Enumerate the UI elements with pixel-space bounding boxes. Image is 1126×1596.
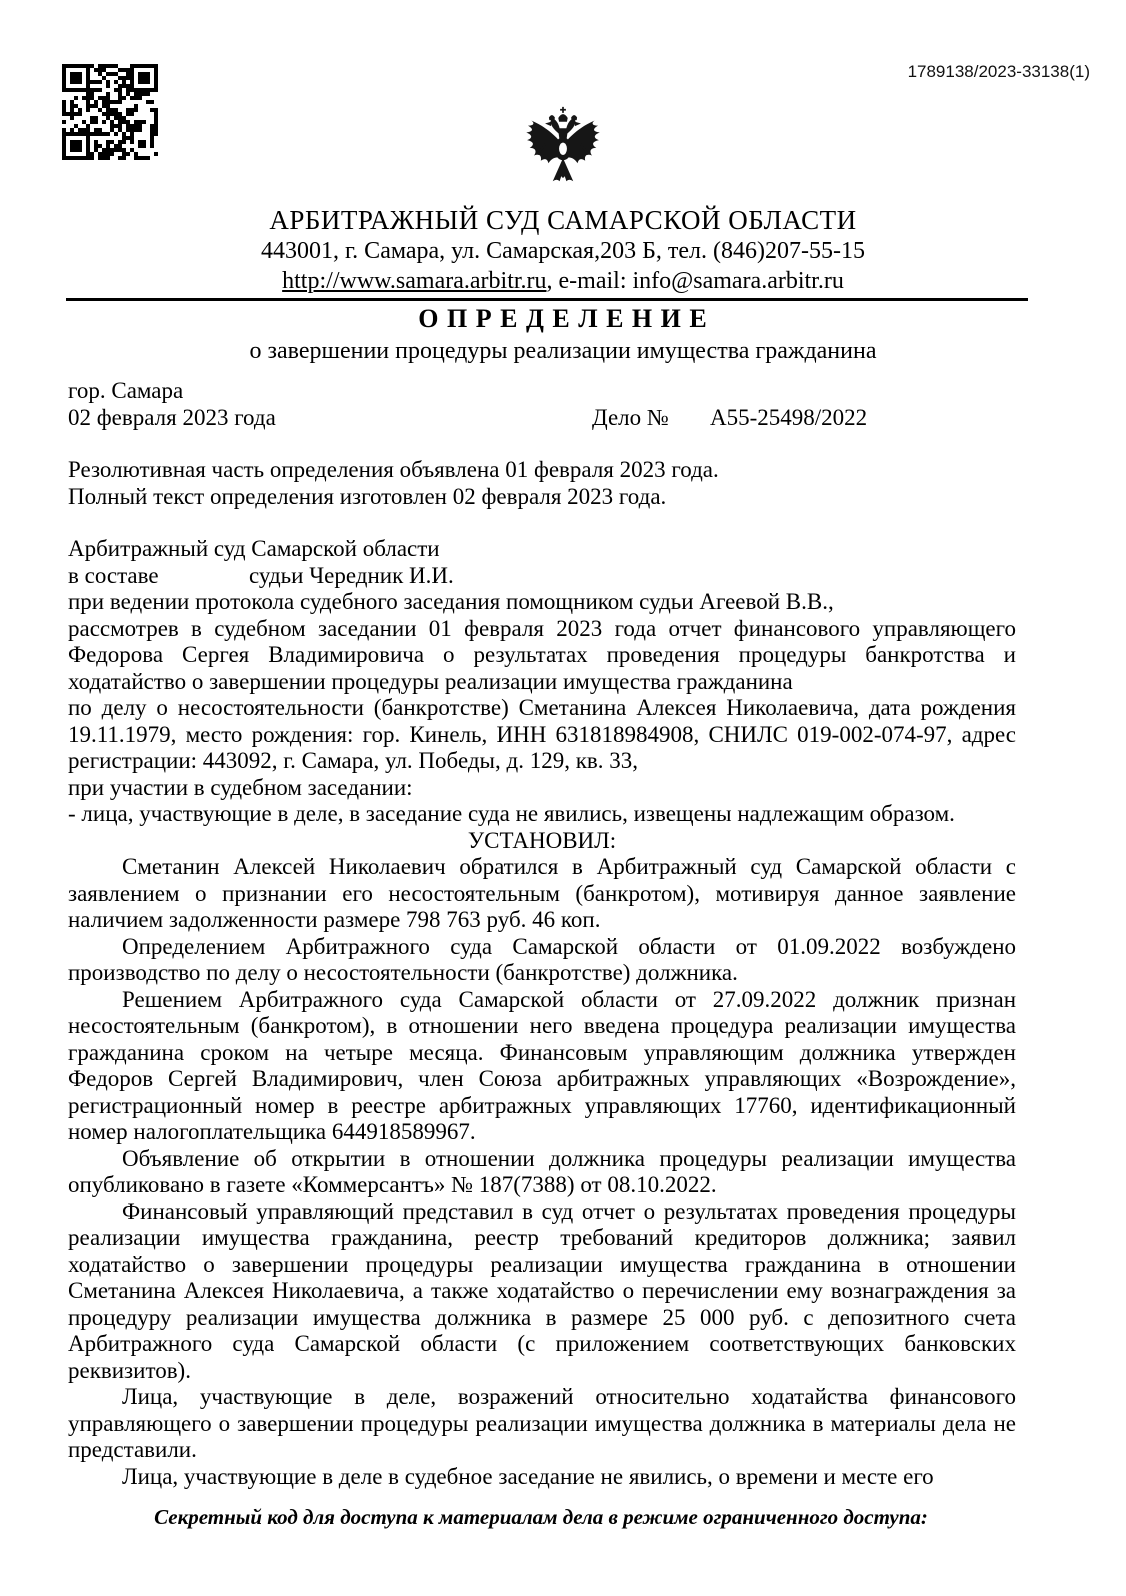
document-subtitle: о завершении процедуры реализации имущес… [0, 336, 1126, 366]
attendance-line: - лица, участвующие в деле, в заседание … [68, 801, 1016, 828]
document-body: гор. Самара 02 февраля 2023 года Дело № … [0, 378, 1126, 1490]
case-subject-paragraph: по делу о несостоятельности (банкротстве… [68, 695, 1016, 775]
composition-line: в составесудьи Чередник И.И. [68, 563, 1016, 590]
court-address: 443001, г. Самара, ул. Самарская,203 Б, … [0, 236, 1126, 266]
court-intro-line: Арбитражный суд Самарской области [68, 536, 1016, 563]
court-email: , e-mail: info@samara.arbitr.ru [547, 268, 844, 294]
body-paragraph: Определением Арбитражного суда Самарской… [68, 934, 1016, 987]
document-title: О П Р Е Д Е Л Е Н И Е [0, 302, 1126, 336]
spacer [68, 510, 1016, 536]
body-paragraph: Финансовый управляющий представил в суд … [68, 1199, 1016, 1385]
body-paragraph: Объявление об открытии в отношении должн… [68, 1146, 1016, 1199]
body-paragraph: Лица, участвующие в деле, возражений отн… [68, 1384, 1016, 1464]
court-url: http://www.samara.arbitr.ru [282, 268, 546, 294]
letterhead: АРБИТРАЖНЫЙ СУД САМАРСКОЙ ОБЛАСТИ 443001… [0, 0, 1126, 296]
considered-paragraph: рассмотрев в судебном заседании 01 февра… [68, 616, 1016, 696]
city-line: гор. Самара [68, 378, 1016, 405]
document-page: 1789138/2023-33138(1) АРБИТРАЖ [0, 0, 1126, 1596]
header-divider [66, 298, 1028, 301]
body-paragraph: Сметанин Алексей Николаевич обратился в … [68, 854, 1016, 934]
spacer [68, 431, 1016, 457]
judge-name: судьи Чередник И.И. [249, 563, 454, 588]
composition-label: в составе [68, 563, 249, 590]
court-contacts: http://www.samara.arbitr.ru, e-mail: inf… [0, 266, 1126, 296]
coat-of-arms-eagle-icon [520, 106, 606, 200]
document-registry-number: 1789138/2023-33138(1) [908, 62, 1090, 82]
established-heading: УСТАНОВИЛ: [68, 828, 1016, 855]
court-name: АРБИТРАЖНЫЙ СУД САМАРСКОЙ ОБЛАСТИ [0, 204, 1126, 236]
protocol-line: при ведении протокола судебного заседани… [68, 589, 1016, 616]
date-case-line: 02 февраля 2023 года Дело № А55-25498/20… [68, 405, 1016, 432]
case-number: А55-25498/2022 [710, 405, 867, 432]
resolutive-part-line: Резолютивная часть определения объявлена… [68, 457, 1016, 484]
secret-code-note: Секретный код для доступа к материалам д… [66, 1505, 1016, 1530]
participation-line: при участии в судебном заседании: [68, 775, 1016, 802]
case-number-label: Дело № [592, 405, 669, 432]
body-paragraph: Лица, участвующие в деле в судебное засе… [68, 1464, 1016, 1491]
qr-code [62, 64, 158, 160]
decision-date: 02 февраля 2023 года [68, 405, 276, 430]
full-text-line: Полный текст определения изготовлен 02 ф… [68, 484, 1016, 511]
body-paragraph: Решением Арбитражного суда Самарской обл… [68, 987, 1016, 1146]
